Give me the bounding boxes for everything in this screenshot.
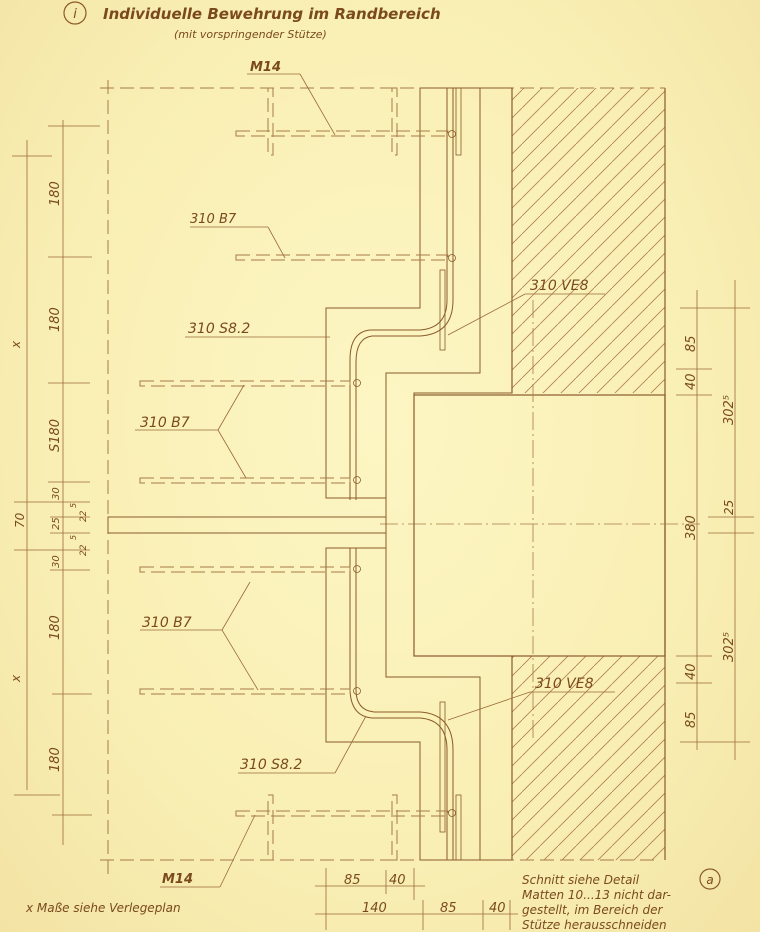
svg-text:22: 22 <box>79 510 89 522</box>
dim-70: 70 <box>13 512 27 528</box>
label-s82-upper: 310 S8.2 <box>188 321 250 337</box>
rebar-s82-upper <box>350 88 447 500</box>
reinforcement-detail-drawing: i Individuelle Bewehrung im Randbereich … <box>0 0 760 932</box>
label-ve8-upper: 310 VE8 <box>530 278 589 294</box>
column-section <box>414 395 665 656</box>
wall-upper-hatched <box>512 88 665 393</box>
label-b7-lower: 310 B7 <box>142 615 192 631</box>
label-b7-mid: 310 B7 <box>140 415 190 431</box>
svg-text:22: 22 <box>79 544 89 556</box>
dim-180-2: 180 <box>48 307 63 332</box>
dim-30-upper: 30 <box>51 487 62 500</box>
dimensions-right: 85 40 380 302⁵ 25 302⁵ 40 85 <box>676 280 754 760</box>
dim-25: 25 <box>51 517 62 530</box>
dimensions-bottom: 85 40 140 85 40 <box>315 868 518 930</box>
drawing-title: Individuelle Bewehrung im Randbereich <box>103 5 441 23</box>
dim-180-3: 180 <box>48 615 63 640</box>
label-s82-lower: 310 S8.2 <box>240 757 302 773</box>
label-m14-top: M14 <box>250 60 281 75</box>
svg-text:5: 5 <box>69 535 78 540</box>
dim-30-lower: 30 <box>51 555 62 568</box>
rebar-s82-lower <box>350 548 447 860</box>
dimensions-left: x 70 x 180 180 S180 30 25 30 180 180 5 2… <box>9 120 100 845</box>
dim-380: 380 <box>684 515 699 540</box>
rebar-ve8-upper <box>440 270 445 350</box>
svg-text:85: 85 <box>440 901 457 916</box>
title-block: i Individuelle Bewehrung im Randbereich … <box>64 2 441 41</box>
svg-text:5: 5 <box>69 503 78 508</box>
insulation-layer <box>386 88 512 860</box>
svg-text:85: 85 <box>684 335 699 352</box>
dim-302-5-lower: 302⁵ <box>722 632 737 662</box>
concrete-upper <box>326 88 480 498</box>
dim-180-1: 180 <box>48 181 63 206</box>
svg-text:85: 85 <box>344 873 361 888</box>
section-marker-label: a <box>706 873 713 887</box>
dim-25-right: 25 <box>722 500 736 515</box>
footnote-dimensions: x Maße siehe Verlegeplan <box>25 901 181 915</box>
horizontal-bars <box>140 88 456 860</box>
label-ve8-lower: 310 VE8 <box>535 676 594 692</box>
dim-s180: S180 <box>48 419 63 452</box>
detail-marker-label: i <box>73 7 77 22</box>
label-m14-bottom: M14 <box>162 872 193 887</box>
note-section-line1: Schnitt siehe Detail <box>522 873 640 887</box>
note-section-line3: gestellt, im Bereich der <box>522 903 663 917</box>
svg-text:40: 40 <box>684 373 699 390</box>
svg-text:40: 40 <box>684 663 699 680</box>
note-section-line4: Stütze herausschneiden <box>522 918 667 932</box>
concrete-lower <box>326 548 480 860</box>
label-b7-upper: 310 B7 <box>190 212 237 227</box>
dim-x-top: x <box>9 340 23 349</box>
slab-joint <box>108 517 386 533</box>
svg-text:40: 40 <box>489 901 506 916</box>
dim-302-5-upper: 302⁵ <box>722 395 737 425</box>
note-section-line2: Matten 10...13 nicht dar- <box>522 888 671 902</box>
dim-x-bottom: x <box>9 674 23 683</box>
drawing-sheet: i Individuelle Bewehrung im Randbereich … <box>0 0 760 932</box>
dim-180-4: 180 <box>48 747 63 772</box>
svg-text:140: 140 <box>362 901 387 916</box>
svg-text:40: 40 <box>389 873 406 888</box>
drawing-subtitle: (mit vorspringender Stütze) <box>174 28 327 41</box>
svg-text:85: 85 <box>684 711 699 728</box>
